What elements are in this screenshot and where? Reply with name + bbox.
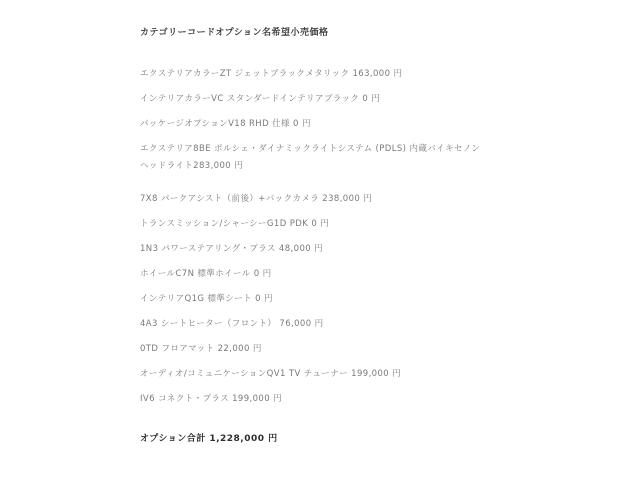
option-line-interior-color: インテリアカラーVC スタンダードインテリアブラック 0 円 xyxy=(140,91,485,108)
option-line-tv-tuner: オーディオ/コミュニケーションQV1 TV チューナー 199,000 円 xyxy=(140,366,485,383)
option-line-package-option: パッケージオプションV18 RHD 仕様 0 円 xyxy=(140,116,485,133)
option-line-wheel: ホイールC7N 標準ホイール 0 円 xyxy=(140,266,485,283)
option-line-transmission: トランスミッション/シャーシーG1D PDK 0 円 xyxy=(140,216,485,233)
options-total: オプション合計 1,228,000 円 xyxy=(140,432,490,446)
option-line-connect-plus: IV6 コネクト・プラス 199,000 円 xyxy=(140,391,485,408)
option-list-header: カテゴリーコードオプション名希望小売価格 xyxy=(140,26,490,40)
option-line-exterior-color: エクステリアカラーZT ジェットブラックメタリック 163,000 円 xyxy=(140,66,485,83)
option-line-seat-heater: 4A3 シートヒーター（フロント） 76,000 円 xyxy=(140,316,485,333)
option-line-interior-seat: インテリアQ1G 標準シート 0 円 xyxy=(140,291,485,308)
option-line-power-steering: 1N3 パワーステアリング・プラス 48,000 円 xyxy=(140,241,485,258)
option-line-floor-mat: 0TD フロアマット 22,000 円 xyxy=(140,341,485,358)
option-line-park-assist: 7X8 パークアシスト（前後）+バックカメラ 238,000 円 xyxy=(140,191,485,208)
option-line-exterior-pdls: エクステリア8BE ポルシェ・ダイナミックライトシステム (PDLS) 内蔵バイ… xyxy=(140,141,485,175)
option-list: エクステリアカラーZT ジェットブラックメタリック 163,000 円 インテリ… xyxy=(140,66,485,408)
document-page: カテゴリーコードオプション名希望小売価格 エクステリアカラーZT ジェットブラッ… xyxy=(0,0,640,480)
